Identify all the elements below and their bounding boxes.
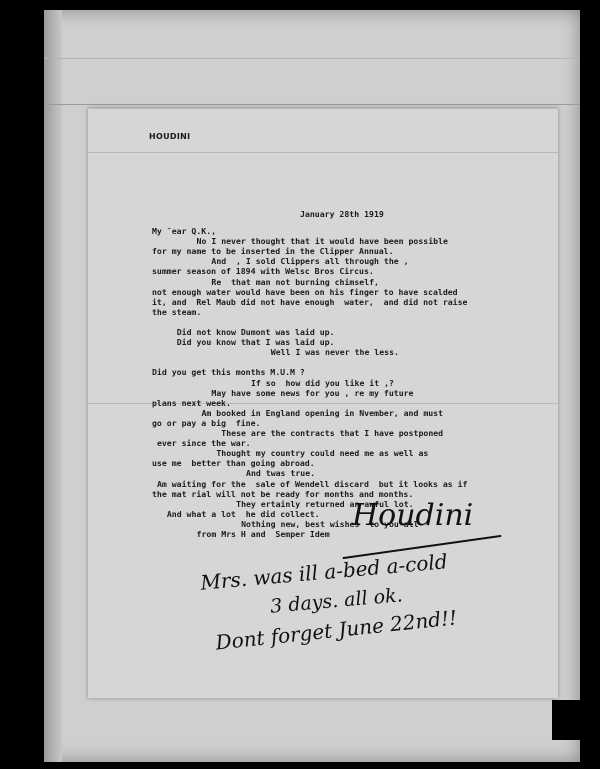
letter-line: And , I sold Clippers all through the , bbox=[211, 256, 408, 266]
fold-line bbox=[44, 58, 580, 59]
letter-line: Am booked in England opening in Nvember,… bbox=[202, 408, 444, 418]
sheet-edge-shadow bbox=[44, 10, 62, 762]
rule-line bbox=[88, 108, 558, 109]
letter-line: These are the contracts that I have post… bbox=[221, 428, 443, 438]
fold-line bbox=[44, 104, 580, 105]
letter-line: Am waiting for the sale of Wendell disca… bbox=[157, 479, 468, 489]
letter-line: And what a lot he did collect. bbox=[167, 509, 320, 519]
letter-line: Well I was never the less. bbox=[271, 347, 399, 357]
letter-line: Did not know Dumont was laid up. bbox=[177, 327, 335, 337]
letter-line: ever since the war. bbox=[157, 438, 251, 448]
letter-line: not enough water would have been on his … bbox=[152, 287, 458, 297]
letter-line: the steam. bbox=[152, 307, 201, 317]
letter-line: for my name to be inserted in the Clippe… bbox=[152, 246, 394, 256]
letter-line: Re that man not burning chimself, bbox=[211, 277, 379, 287]
letter-line: plans next week. bbox=[152, 398, 231, 408]
letter-line: Did you get this months M.U.M ? bbox=[152, 367, 305, 377]
signature: Houdini bbox=[352, 498, 473, 533]
rule-line bbox=[88, 152, 558, 153]
letter-line: from Mrs H and Semper Idem bbox=[197, 529, 330, 539]
letter-line: summer season of 1894 with Welsc Bros Ci… bbox=[152, 266, 374, 276]
letterhead: HOUDINI bbox=[149, 132, 190, 141]
letter-line: it, and Rel Maub did not have enough wat… bbox=[152, 297, 467, 307]
letter-line: And twas true. bbox=[246, 468, 315, 478]
page-tab-shadow bbox=[552, 700, 580, 740]
letter-line: Thought my country could need me as well… bbox=[216, 448, 428, 458]
letter-line: My ˜ear Q.K., bbox=[152, 226, 216, 236]
letter-line: May have some news for you , re my futur… bbox=[211, 388, 413, 398]
letter-line: No I never thought that it would have be… bbox=[197, 236, 448, 246]
letter-line: If so how did you like it ,? bbox=[251, 378, 394, 388]
letter-line: go or pay a big fine. bbox=[152, 418, 260, 428]
letter-line: use me better than going abroad. bbox=[152, 458, 315, 468]
letter-date: January 28th 1919 bbox=[300, 209, 384, 219]
letter-line: Did you know that I was laid up. bbox=[177, 337, 335, 347]
